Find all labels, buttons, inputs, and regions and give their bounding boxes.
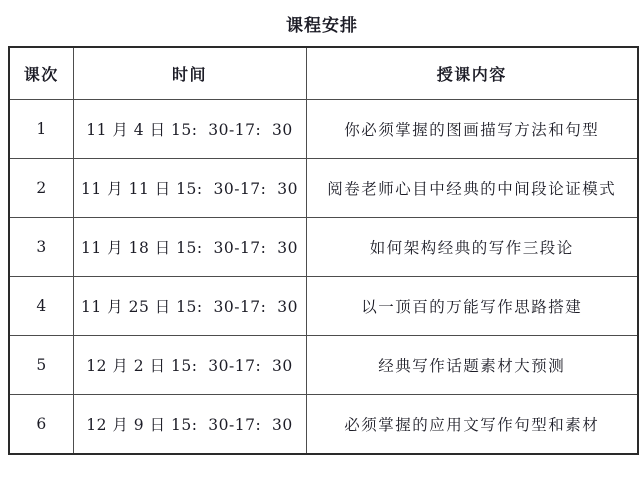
cell-content: 经典写作话题素材大预测 [306,336,638,395]
table-row: 2 11 月 11 日 15: 30-17: 30 阅卷老师心目中经典的中间段论… [9,159,638,218]
cell-content: 你必须掌握的图画描写方法和句型 [306,100,638,159]
cell-time: 11 月 25 日 15: 30-17: 30 [73,277,306,336]
table-row: 6 12 月 9 日 15: 30-17: 30 必须掌握的应用文写作句型和素材 [9,395,638,455]
document-page: 课程安排 课次 时间 授课内容 1 11 月 4 日 15: 30-17: 30… [0,0,644,479]
course-schedule-table: 课次 时间 授课内容 1 11 月 4 日 15: 30-17: 30 你必须掌… [8,46,639,455]
cell-lesson-no: 3 [9,218,73,277]
cell-content: 阅卷老师心目中经典的中间段论证模式 [306,159,638,218]
cell-time: 11 月 18 日 15: 30-17: 30 [73,218,306,277]
table-header-row: 课次 时间 授课内容 [9,47,638,100]
column-header-content: 授课内容 [306,47,638,100]
table-row: 1 11 月 4 日 15: 30-17: 30 你必须掌握的图画描写方法和句型 [9,100,638,159]
cell-time: 12 月 2 日 15: 30-17: 30 [73,336,306,395]
table-row: 4 11 月 25 日 15: 30-17: 30 以一顶百的万能写作思路搭建 [9,277,638,336]
cell-lesson-no: 5 [9,336,73,395]
cell-lesson-no: 1 [9,100,73,159]
table-row: 5 12 月 2 日 15: 30-17: 30 经典写作话题素材大预测 [9,336,638,395]
cell-time: 11 月 4 日 15: 30-17: 30 [73,100,306,159]
column-header-lesson-no: 课次 [9,47,73,100]
page-title: 课程安排 [0,0,644,35]
cell-time: 11 月 11 日 15: 30-17: 30 [73,159,306,218]
cell-content: 必须掌握的应用文写作句型和素材 [306,395,638,455]
cell-lesson-no: 2 [9,159,73,218]
cell-content: 以一顶百的万能写作思路搭建 [306,277,638,336]
cell-content: 如何架构经典的写作三段论 [306,218,638,277]
cell-lesson-no: 4 [9,277,73,336]
cell-time: 12 月 9 日 15: 30-17: 30 [73,395,306,455]
column-header-time: 时间 [73,47,306,100]
table-row: 3 11 月 18 日 15: 30-17: 30 如何架构经典的写作三段论 [9,218,638,277]
cell-lesson-no: 6 [9,395,73,455]
